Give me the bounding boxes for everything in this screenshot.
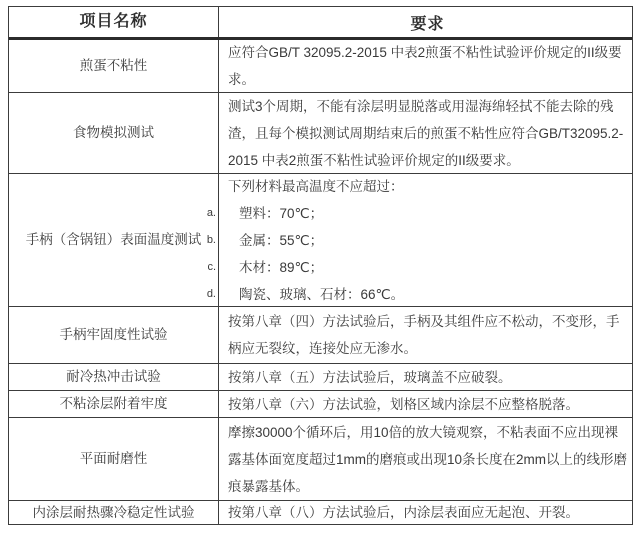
list-marker-d: d. xyxy=(196,281,216,308)
list-item-text: 塑料：70℃； xyxy=(228,200,627,227)
requirement-text: 按第八章（五）方法试验后，玻璃盖不应破裂。 xyxy=(228,364,627,390)
item-name-cell: 手柄牢固度性试验 xyxy=(9,307,219,363)
table-row: 手柄（含锅钮）表面温度测试 a. b. c. d. 下列材料最高温度不应超过： … xyxy=(9,174,632,307)
item-name-cell: 手柄（含锅钮）表面温度测试 a. b. c. d. xyxy=(9,174,219,306)
requirement-cell: 下列材料最高温度不应超过： 塑料：70℃； 金属：55℃； 木材：89℃； 陶瓷… xyxy=(219,174,632,306)
table-row: 不粘涂层附着牢度 按第八章（六）方法试验，划格区域内涂层不应整格脱落。 xyxy=(9,391,632,418)
spec-table: 项目名称 要求 煎蛋不粘性 应符合GB/T 32095.2-2015 中表2煎蛋… xyxy=(8,6,633,525)
item-name-label: 不粘涂层附着牢度 xyxy=(60,395,168,413)
item-name-cell: 平面耐磨性 xyxy=(9,418,219,500)
item-name-cell: 耐冷热冲击试验 xyxy=(9,364,219,390)
header-cell-item-name: 项目名称 xyxy=(9,7,219,37)
table-row: 平面耐磨性 摩擦30000个循环后，用10倍的放大镜观察，不粘表面不应出现裸露基… xyxy=(9,418,632,501)
item-name-label: 食物模拟测试 xyxy=(73,124,154,142)
requirement-text: 按第八章（六）方法试验，划格区域内涂层不应整格脱落。 xyxy=(228,391,627,417)
item-name-label: 内涂层耐热骤冷稳定性试验 xyxy=(33,504,195,522)
requirement-text: 按第八章（四）方法试验后，手柄及其组件应不松动，不变形，手柄应无裂纹，连接处应无… xyxy=(228,308,627,362)
requirement-cell: 按第八章（四）方法试验后，手柄及其组件应不松动，不变形，手柄应无裂纹，连接处应无… xyxy=(219,307,632,363)
header-requirement-label: 要求 xyxy=(410,11,444,34)
requirement-text: 应符合GB/T 32095.2-2015 中表2煎蛋不粘性试验评价规定的II级要… xyxy=(228,40,627,92)
item-name-cell: 不粘涂层附着牢度 xyxy=(9,391,219,417)
list-item-text: 金属：55℃； xyxy=(228,227,627,254)
table-row: 手柄牢固度性试验 按第八章（四）方法试验后，手柄及其组件应不松动，不变形，手柄应… xyxy=(9,307,632,364)
requirement-cell: 按第八章（八）方法试验后，内涂层表面应无起泡、开裂。 xyxy=(219,501,632,524)
item-name-label: 手柄（含锅钮）表面温度测试 xyxy=(26,231,202,249)
list-marker-b: b. xyxy=(196,227,216,254)
list-marker-c: c. xyxy=(196,254,216,281)
requirement-text: 测试3个周期，不能有涂层明显脱落或用湿海绵轻拭不能去除的残渣，且每个模拟测试周期… xyxy=(228,93,627,173)
item-name-label: 平面耐磨性 xyxy=(80,450,148,468)
list-marker-a: a. xyxy=(196,200,216,227)
item-name-label: 手柄牢固度性试验 xyxy=(60,326,168,344)
item-name-cell: 食物模拟测试 xyxy=(9,93,219,173)
list-item-text: 木材：89℃； xyxy=(228,254,627,281)
list-item-text: 陶瓷、玻璃、石材：66℃。 xyxy=(228,281,627,307)
requirement-text: 按第八章（八）方法试验后，内涂层表面应无起泡、开裂。 xyxy=(228,501,627,524)
requirement-cell: 按第八章（五）方法试验后，玻璃盖不应破裂。 xyxy=(219,364,632,390)
requirement-text: 摩擦30000个循环后，用10倍的放大镜观察，不粘表面不应出现裸露基体面宽度超过… xyxy=(228,419,627,500)
header-item-name-label: 项目名称 xyxy=(79,13,147,31)
header-cell-requirement: 要求 xyxy=(219,7,632,37)
item-name-label: 煎蛋不粘性 xyxy=(80,57,148,75)
item-name-label: 耐冷热冲击试验 xyxy=(66,368,161,386)
table-row: 食物模拟测试 测试3个周期，不能有涂层明显脱落或用湿海绵轻拭不能去除的残渣，且每… xyxy=(9,93,632,174)
requirement-cell: 测试3个周期，不能有涂层明显脱落或用湿海绵轻拭不能去除的残渣，且每个模拟测试周期… xyxy=(219,93,632,173)
requirement-cell: 按第八章（六）方法试验，划格区域内涂层不应整格脱落。 xyxy=(219,391,632,417)
item-name-cell: 煎蛋不粘性 xyxy=(9,40,219,92)
requirement-cell: 摩擦30000个循环后，用10倍的放大镜观察，不粘表面不应出现裸露基体面宽度超过… xyxy=(219,418,632,500)
table-row: 煎蛋不粘性 应符合GB/T 32095.2-2015 中表2煎蛋不粘性试验评价规… xyxy=(9,40,632,93)
item-name-cell: 内涂层耐热骤冷稳定性试验 xyxy=(9,501,219,524)
table-header-row: 项目名称 要求 xyxy=(9,7,632,40)
requirement-cell: 应符合GB/T 32095.2-2015 中表2煎蛋不粘性试验评价规定的II级要… xyxy=(219,40,632,92)
requirement-intro: 下列材料最高温度不应超过： xyxy=(228,174,627,200)
table-row: 内涂层耐热骤冷稳定性试验 按第八章（八）方法试验后，内涂层表面应无起泡、开裂。 xyxy=(9,501,632,524)
table-row: 耐冷热冲击试验 按第八章（五）方法试验后，玻璃盖不应破裂。 xyxy=(9,364,632,391)
